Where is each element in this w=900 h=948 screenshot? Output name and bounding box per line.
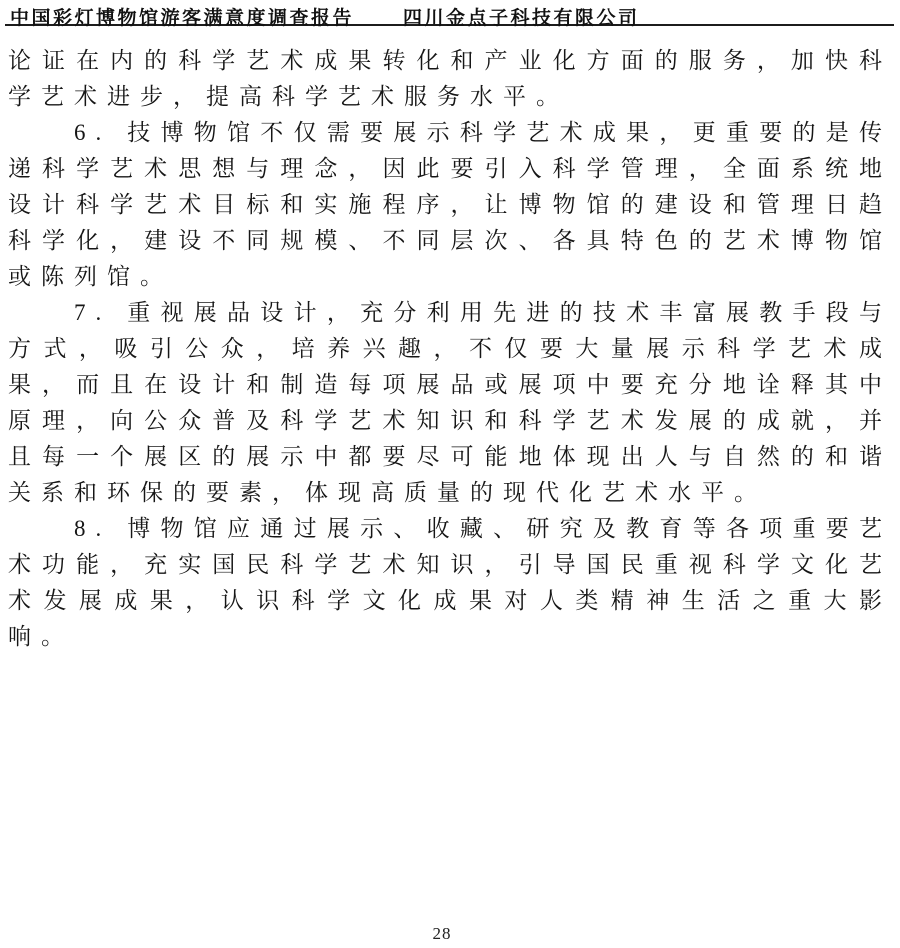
page-footer: 28 xyxy=(0,924,884,944)
paragraph-continuation: 论证在内的科学艺术成果转化和产业化方面的服务，加快科学艺术进步，提高科学艺术服务… xyxy=(8,43,892,115)
document-page: 中国彩灯博物馆游客满意度调查报告四川金点子科技有限公司 论证在内的科学艺术成果转… xyxy=(0,0,900,948)
page-number: 28 xyxy=(433,924,452,943)
paragraph-item-6: 6. 技博物馆不仅需要展示科学艺术成果，更重要的是传递科学艺术思想与理念，因此要… xyxy=(8,115,892,295)
paragraph-item-8: 8. 博物馆应通过展示、收藏、研究及教育等各项重要艺术功能，充实国民科学艺术知识… xyxy=(8,511,892,655)
paragraph-item-7: 7. 重视展品设计，充分利用先进的技术丰富展教手段与方式，吸引公众，培养兴趣，不… xyxy=(8,295,892,511)
header-company-name: 四川金点子科技有限公司 xyxy=(403,8,640,29)
header-report-title: 中国彩灯博物馆游客满意度调查报告 xyxy=(10,8,354,29)
page-header: 中国彩灯博物馆游客满意度调查报告四川金点子科技有限公司 xyxy=(5,0,894,26)
document-body: 论证在内的科学艺术成果转化和产业化方面的服务，加快科学艺术进步，提高科学艺术服务… xyxy=(8,43,892,655)
